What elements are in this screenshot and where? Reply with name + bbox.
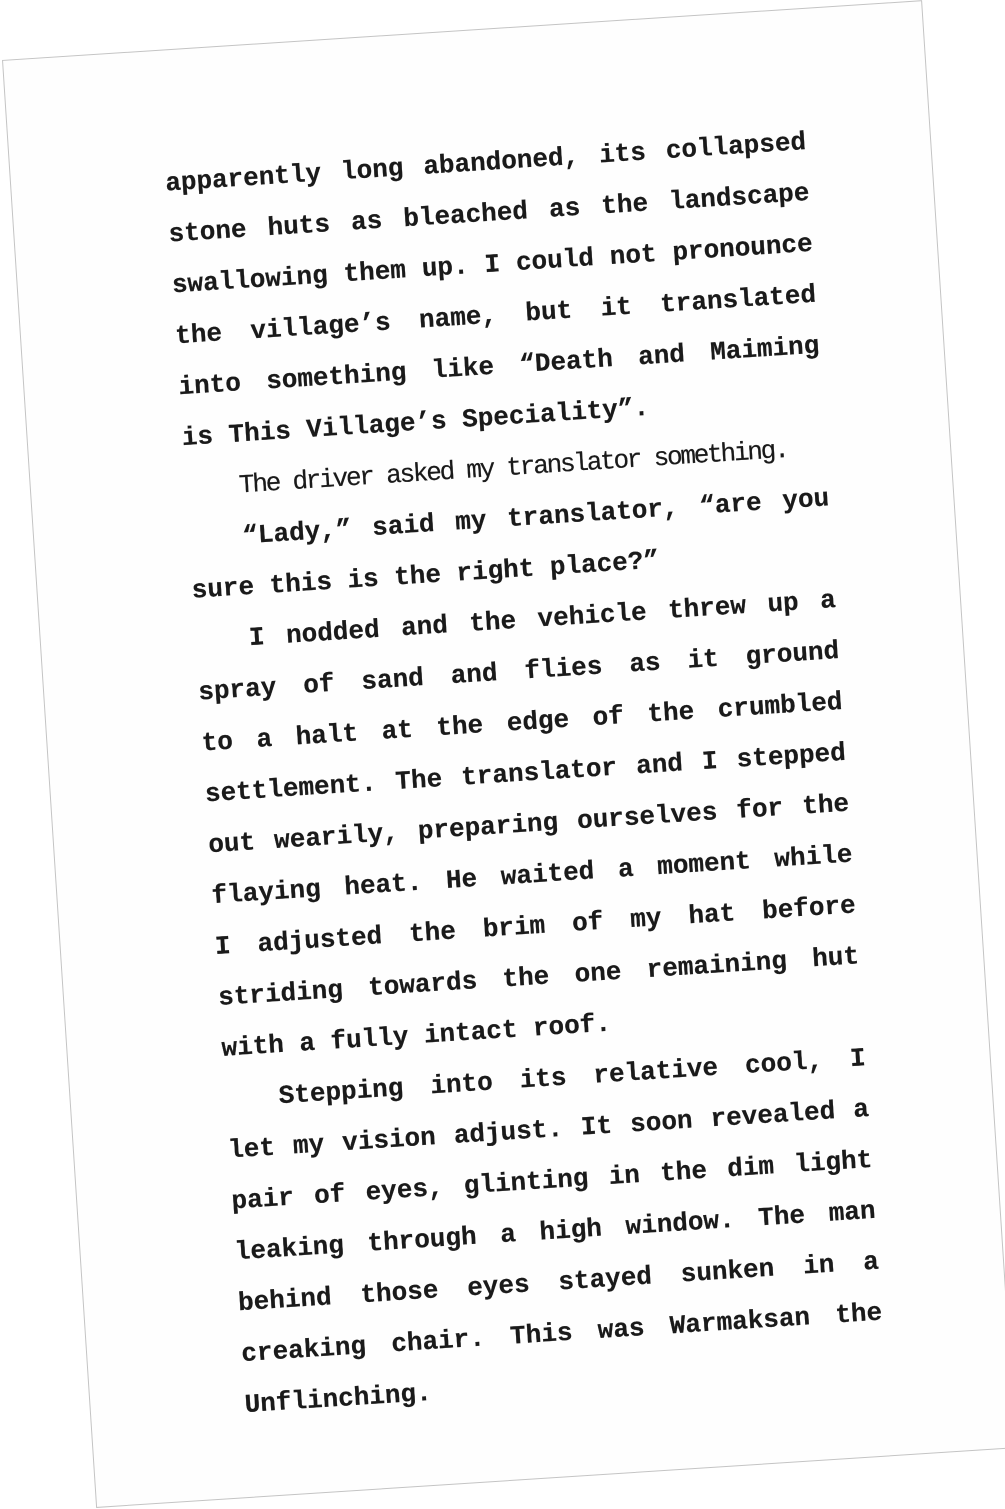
- document-page: apparently long abandoned, its collapsed…: [2, 0, 1005, 1508]
- document-body-text: apparently long abandoned, its collapsed…: [164, 117, 887, 1431]
- paragraph: apparently long abandoned, its collapsed…: [164, 117, 825, 464]
- paragraph: Stepping into its relative cool, Ilet my…: [223, 1033, 887, 1431]
- paragraph: I nodded and the vehicle threw up aspray…: [194, 575, 864, 1075]
